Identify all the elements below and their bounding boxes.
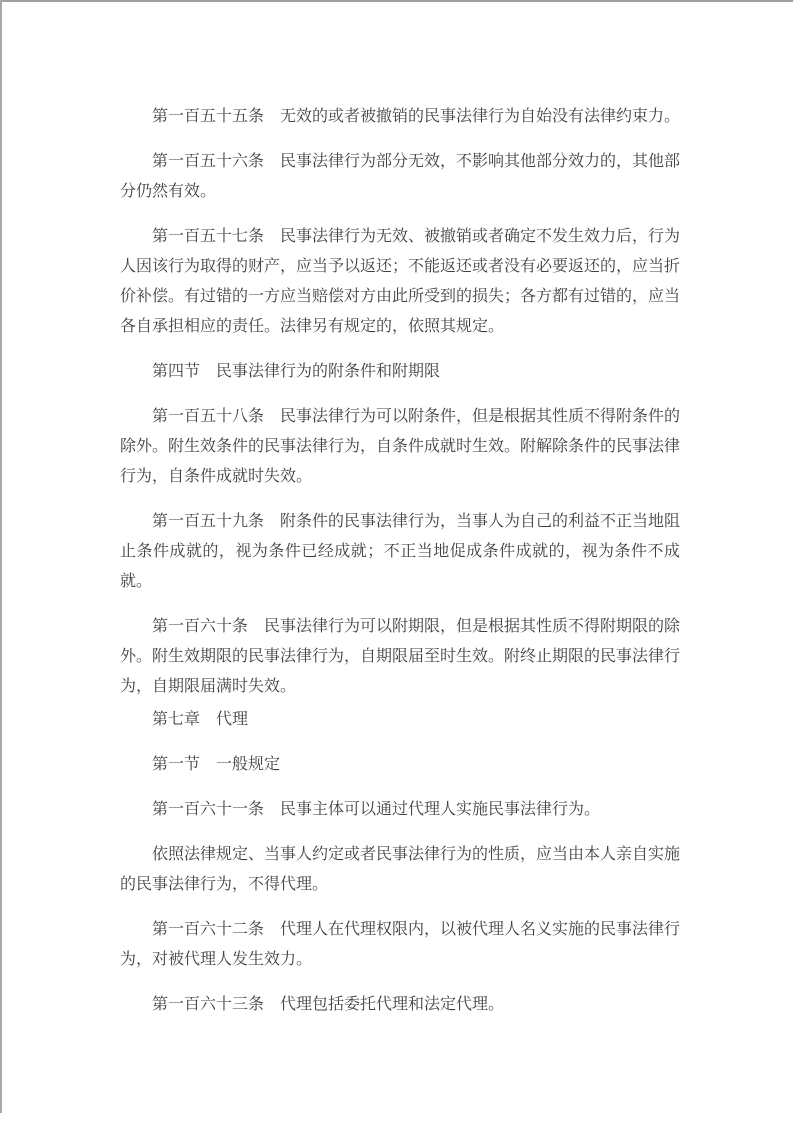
section-heading: 第一节 一般规定: [120, 750, 680, 780]
chapter-heading: 第七章 代理: [120, 705, 680, 735]
article-paragraph: 第一百五十五条 无效的或者被撤销的民事法律行为自始没有法律约束力。: [120, 102, 680, 132]
article-paragraph: 第一百五十七条 民事法律行为无效、被撤销或者确定不发生效力后，行为人因该行为取得…: [120, 222, 680, 342]
document-page: { "page": { "background": "#ffffff", "te…: [0, 0, 793, 1122]
article-paragraph: 第一百五十八条 民事法律行为可以附条件，但是根据其性质不得附条件的除外。附生效条…: [120, 402, 680, 492]
article-paragraph: 第一百六十三条 代理包括委托代理和法定代理。: [120, 990, 680, 1020]
article-paragraph: 第一百六十条 民事法律行为可以附期限，但是根据其性质不得附期限的除外。附生效期限…: [120, 612, 680, 702]
document-body: 第一百五十五条 无效的或者被撤销的民事法律行为自始没有法律约束力。第一百五十六条…: [0, 0, 793, 1035]
section-heading: 第四节 民事法律行为的附条件和附期限: [120, 357, 680, 387]
article-paragraph: 第一百五十六条 民事法律行为部分无效，不影响其他部分效力的，其他部分仍然有效。: [120, 147, 680, 207]
article-paragraph: 依照法律规定、当事人约定或者民事法律行为的性质，应当由本人亲自实施的民事法律行为…: [120, 840, 680, 900]
article-paragraph: 第一百六十一条 民事主体可以通过代理人实施民事法律行为。: [120, 795, 680, 825]
article-paragraph: 第一百六十二条 代理人在代理权限内，以被代理人名义实施的民事法律行为，对被代理人…: [120, 915, 680, 975]
article-paragraph: 第一百五十九条 附条件的民事法律行为，当事人为自己的利益不正当地阻止条件成就的，…: [120, 507, 680, 597]
